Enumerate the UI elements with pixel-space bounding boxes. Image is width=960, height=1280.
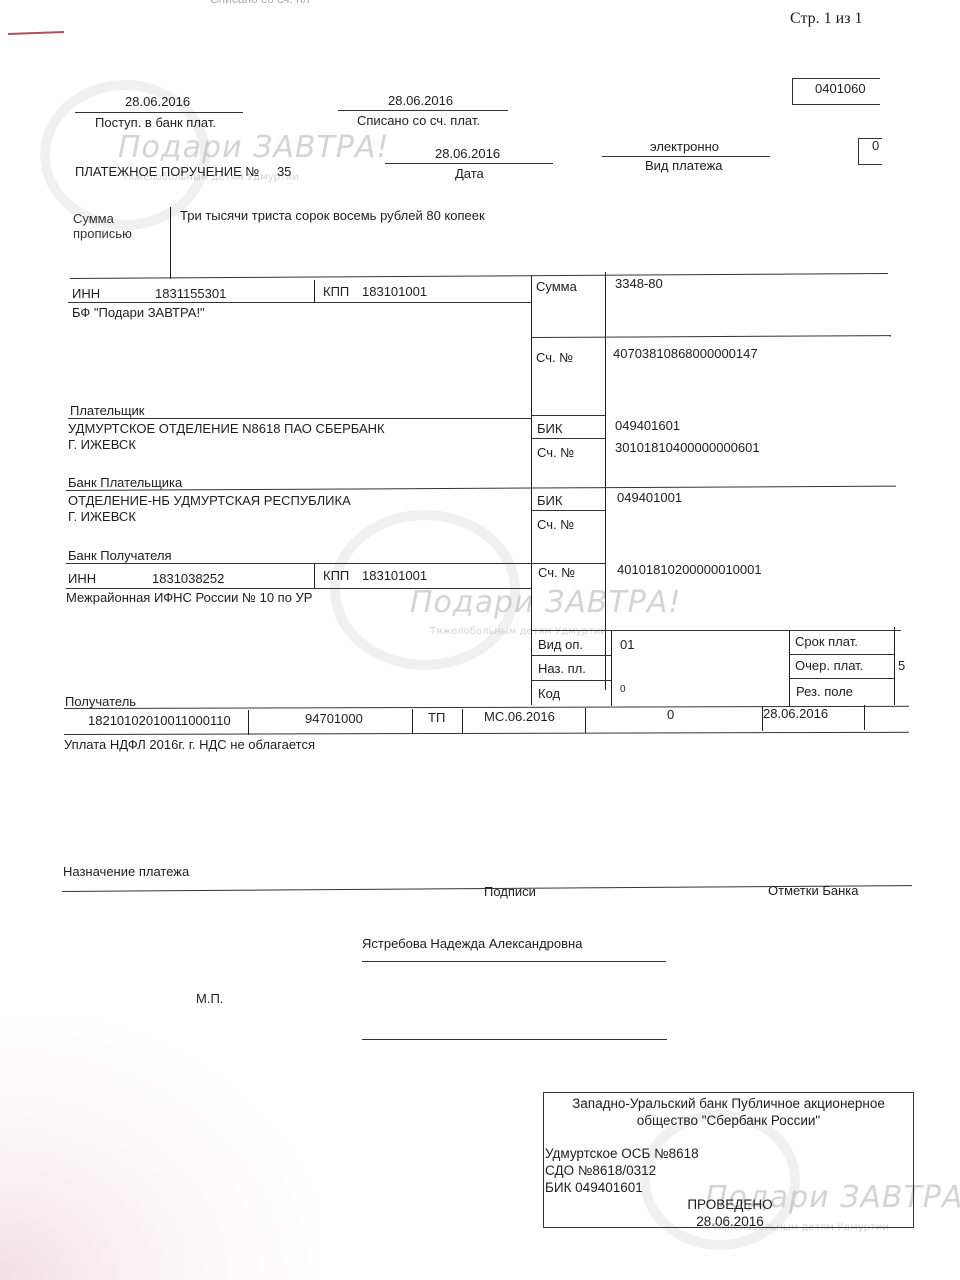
divider	[894, 627, 895, 705]
divider	[64, 732, 909, 735]
bank-stamp-details: Удмуртское ОСБ №8618 СДО №8618/0312 БИК …	[545, 1145, 699, 1196]
payer-bank-account-label: Сч. №	[537, 445, 574, 460]
document-date: 28.06.2016	[435, 146, 500, 161]
payee-name: Межрайонная ИФНС России № 10 по УР	[66, 590, 312, 605]
tax-cell: 18210102010011000110	[88, 713, 231, 728]
signatures-label: Подписи	[484, 884, 536, 899]
divider	[605, 272, 606, 690]
payment-type: электронно	[650, 139, 719, 154]
payee-bank-label: Банк Получателя	[68, 548, 172, 563]
top-cut-text: Списано со сч. пл	[210, 0, 310, 6]
bank-stamp-header: Западно-Уральский банк Публичное акционе…	[543, 1095, 914, 1129]
page-indicator: Стр. 1 из 1	[790, 10, 863, 28]
signature-line	[362, 1039, 667, 1040]
divider	[531, 510, 605, 511]
payment-purpose-text: Уплата НДФЛ 2016г. г. НДС не облагается	[64, 737, 315, 752]
divider	[531, 655, 611, 656]
signer-name: Ястребова Надежда Александровна	[362, 936, 582, 951]
stamp-place-label: М.П.	[196, 991, 223, 1006]
tax-cell: ТП	[428, 710, 445, 725]
divider	[531, 275, 532, 705]
received-label: Поступ. в банк плат.	[95, 115, 216, 130]
watermark-title: Подари ЗАВТРА!	[410, 585, 681, 620]
divider	[611, 630, 612, 706]
received-date: 28.06.2016	[125, 94, 190, 109]
payee-bank-name: ОТДЕЛЕНИЕ-НБ УДМУРТСКАЯ РЕСПУБЛИКА Г. ИЖ…	[68, 493, 351, 525]
payee-account: 40101810200000010001	[617, 562, 762, 577]
bank-marks-label: Отметки Банка	[768, 883, 858, 898]
payee-bik: 049401001	[617, 490, 682, 505]
divider	[70, 273, 888, 279]
divider	[248, 710, 249, 735]
divider	[531, 630, 901, 631]
stamp-line: Западно-Уральский банк Публичное акционе…	[543, 1095, 914, 1112]
kod-value: 0	[620, 684, 626, 695]
name-line: УДМУРТСКОЕ ОТДЕЛЕНИЕ N8618 ПАО СБЕРБАНК	[68, 421, 385, 437]
stamp-status: ПРОВЕДЕНО	[660, 1196, 800, 1213]
payee-kpp-label: КПП	[323, 568, 349, 583]
divider	[531, 335, 891, 338]
document-title: ПЛАТЕЖНОЕ ПОРУЧЕНИЕ № 35	[75, 164, 291, 179]
divider	[66, 563, 606, 564]
divider	[75, 112, 243, 113]
label-line: Сумма	[73, 211, 132, 226]
divider	[602, 156, 770, 157]
scan-mark	[8, 31, 64, 35]
payer-bank-name: УДМУРТСКОЕ ОТДЕЛЕНИЕ N8618 ПАО СБЕРБАНК …	[68, 421, 385, 453]
divider	[531, 438, 605, 439]
date-label: Дата	[455, 166, 484, 181]
rez-label: Рез. поле	[796, 684, 853, 699]
divider	[66, 486, 896, 491]
amount-words-value: Три тысячи триста сорок восемь рублей 80…	[180, 208, 485, 223]
amount-label: Сумма	[536, 279, 577, 294]
debited-label: Списано со сч. плат.	[357, 113, 480, 128]
divider	[789, 678, 894, 679]
payer-bank-account: 30101810400000000601	[615, 440, 760, 455]
divider	[314, 280, 315, 302]
payer-label: Плательщик	[70, 403, 144, 418]
stamp-line: Удмуртское ОСБ №8618	[545, 1145, 699, 1162]
signature-line	[362, 961, 666, 962]
stamp-line: общество "Сбербанк России"	[543, 1112, 914, 1129]
payer-bik-label: БИК	[537, 421, 562, 436]
divider	[789, 630, 790, 706]
amount-value: 3348-80	[615, 276, 663, 291]
payer-inn: 1831155301	[155, 286, 226, 301]
srok-label: Срок плат.	[795, 634, 858, 649]
payment-purpose-label: Назначение платежа	[63, 864, 189, 879]
divider	[68, 418, 532, 419]
payee-inn-label: ИНН	[68, 571, 96, 586]
divider	[531, 680, 611, 681]
scan-discoloration	[0, 1020, 320, 1280]
payer-inn-label: ИНН	[72, 286, 100, 301]
naz-pl-label: Наз. пл.	[538, 661, 586, 676]
payer-bik: 049401601	[615, 418, 680, 433]
divider	[789, 654, 894, 655]
form-code: 0401060	[815, 81, 866, 96]
payment-type-label: Вид платежа	[645, 158, 723, 173]
kod-label: Код	[538, 686, 560, 701]
payer-kpp: 183101001	[362, 284, 427, 299]
bank-stamp-status: ПРОВЕДЕНО 28.06.2016	[660, 1196, 800, 1230]
name-line: Г. ИЖЕВСК	[68, 509, 351, 525]
divider	[385, 163, 553, 164]
divider	[462, 709, 463, 734]
divider	[531, 415, 605, 416]
payer-account-label: Сч. №	[536, 350, 573, 365]
status-code: 0	[872, 138, 879, 153]
payee-bank-account-label: Сч. №	[537, 517, 574, 532]
ocher-value: 5	[898, 658, 905, 673]
stamp-date: 28.06.2016	[660, 1213, 800, 1230]
divider	[170, 207, 171, 279]
label-line: прописью	[73, 226, 132, 241]
payer-name: БФ "Подари ЗАВТРА!"	[72, 305, 205, 320]
tax-cell: МС.06.2016	[484, 709, 555, 724]
amount-words-label: Сумма прописью	[73, 211, 132, 241]
divider	[412, 709, 413, 734]
payee-kpp: 183101001	[362, 568, 427, 583]
watermark-subtitle: Тяжелобольным детям Удмуртии	[430, 626, 607, 637]
vid-op-value: 01	[620, 637, 634, 652]
payer-bank-label: Банк Плательщика	[68, 475, 182, 490]
tax-cell: 94701000	[305, 711, 363, 726]
document-number: 35	[277, 164, 291, 179]
watermark-title: Подари ЗАВТРА!	[118, 130, 389, 165]
payer-kpp-label: КПП	[323, 284, 349, 299]
payer-account: 40703810868000000147	[613, 346, 758, 361]
title-text: ПЛАТЕЖНОЕ ПОРУЧЕНИЕ №	[75, 164, 259, 179]
divider	[66, 588, 532, 589]
divider	[314, 564, 315, 588]
tax-cell: 0	[667, 707, 674, 722]
stamp-line: СДО №8618/0312	[545, 1162, 699, 1179]
divider	[338, 110, 508, 111]
payee-inn: 1831038252	[152, 571, 224, 586]
vid-op-label: Вид оп.	[538, 637, 583, 652]
stamp-line: БИК 049401601	[545, 1179, 699, 1196]
name-line: ОТДЕЛЕНИЕ-НБ УДМУРТСКАЯ РЕСПУБЛИКА	[68, 493, 351, 509]
divider	[864, 705, 865, 730]
payee-bik-label: БИК	[537, 493, 562, 508]
divider	[585, 708, 586, 733]
divider	[68, 302, 532, 303]
name-line: Г. ИЖЕВСК	[68, 437, 385, 453]
debited-date: 28.06.2016	[388, 93, 453, 108]
payee-account-label: Сч. №	[538, 565, 575, 580]
tax-cell: 28.06.2016	[763, 706, 828, 721]
payee-label: Получатель	[65, 694, 136, 709]
ocher-label: Очер. плат.	[795, 658, 863, 673]
